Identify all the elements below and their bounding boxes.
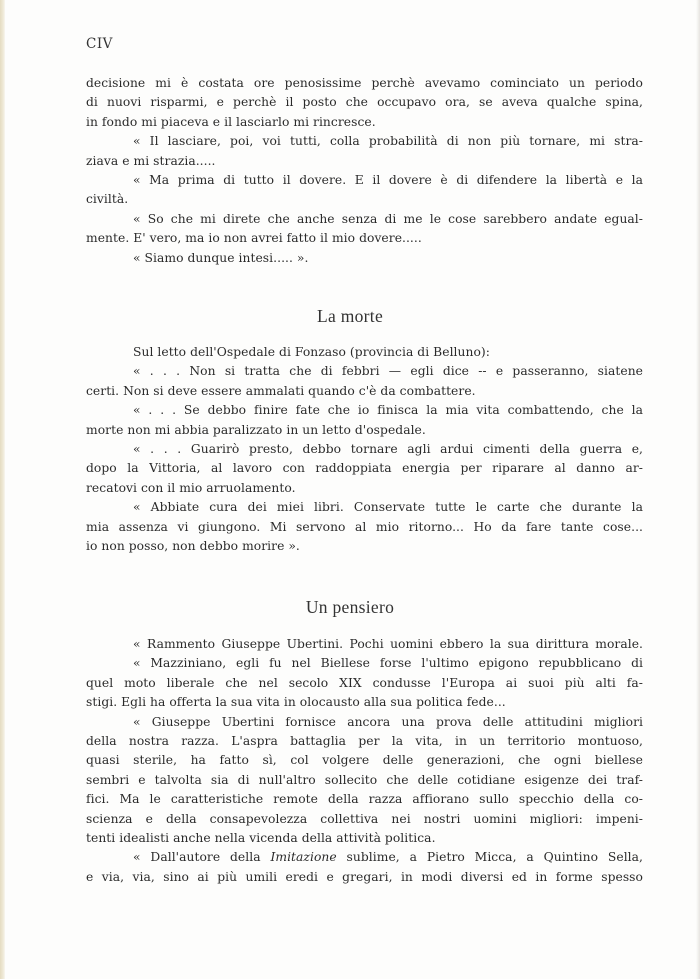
text-line: scienza e della consapevolezza collettiv…	[86, 810, 643, 829]
page-edge-left	[0, 0, 5, 979]
text-line: in fondo mi piaceva e il lasciarlo mi ri…	[86, 113, 643, 132]
text-span: « Dall'autore della	[133, 850, 270, 864]
letter-continuation: decisione mi è costata ore penosissime p…	[86, 74, 643, 268]
text-line: decisione mi è costata ore penosissime p…	[86, 74, 643, 93]
text-line: ziava e mi strazia.....	[86, 152, 643, 171]
text-line: quasi sterile, ha fatto sì, col volgere …	[86, 751, 643, 770]
text-line: « Rammento Giuseppe Ubertini. Pochi uomi…	[86, 635, 643, 654]
text-line: « . . . Guarirò presto, debbo tornare ag…	[86, 440, 643, 459]
text-line: della nostra razza. L'aspra battaglia pe…	[86, 732, 643, 751]
text-line: « . . . Se debbo finire fate che io fini…	[86, 401, 643, 420]
section-title-un-pensiero: Un pensiero	[0, 597, 700, 618]
text-line: mia assenza vi giungono. Mi servono al m…	[86, 518, 643, 537]
italic-title-imitazione: Imitazione	[270, 850, 336, 864]
text-line: « Mazziniano, egli fu nel Biellese forse…	[86, 654, 643, 673]
text-line: « Dall'autore della Imitazione sublime, …	[86, 848, 643, 867]
text-line: fici. Ma le caratteristiche remote della…	[86, 790, 643, 809]
page-number: CIV	[86, 36, 113, 52]
text-line: civiltà.	[86, 190, 643, 209]
text-line: « So che mi direte che anche senza di me…	[86, 210, 643, 229]
text-line: sembri e talvolta sia di null'altro soll…	[86, 771, 643, 790]
text-line: Sul letto dell'Ospedale di Fonzaso (prov…	[86, 343, 643, 362]
text-line: e via, via, sino ai più umili eredi e gr…	[86, 868, 643, 887]
text-line: dopo la Vittoria, al lavoro con raddoppi…	[86, 459, 643, 478]
text-line: certi. Non si deve essere ammalati quand…	[86, 382, 643, 401]
text-line: di nuovi risparmi, e perchè il posto che…	[86, 93, 643, 112]
text-line: morte non mi abbia paralizzato in un let…	[86, 421, 643, 440]
text-line: « Il lasciare, poi, voi tutti, colla pro…	[86, 132, 643, 151]
text-line: mente. E' vero, ma io non avrei fatto il…	[86, 229, 643, 248]
text-line: « Siamo dunque intesi..... ».	[86, 249, 643, 268]
text-line: tenti idealisti anche nella vicenda dell…	[86, 829, 643, 848]
text-line: quel moto liberale che nel secolo XIX co…	[86, 674, 643, 693]
text-span: sublime, a Pietro Micca, a Quintino Sell…	[337, 850, 643, 864]
text-line: « Abbiate cura dei miei libri. Conservat…	[86, 498, 643, 517]
section-la-morte-body: Sul letto dell'Ospedale di Fonzaso (prov…	[86, 343, 643, 556]
text-line: io non posso, non debbo morire ».	[86, 537, 643, 556]
text-line: « Ma prima di tutto il dovere. E il dove…	[86, 171, 643, 190]
text-line: stigi. Egli ha offerta la sua vita in ol…	[86, 693, 643, 712]
text-line: « . . . Non si tratta che di febbri — eg…	[86, 362, 643, 381]
section-un-pensiero-body: « Rammento Giuseppe Ubertini. Pochi uomi…	[86, 635, 643, 887]
page-edge-right	[696, 0, 700, 979]
text-line: recatovi con il mio arruolamento.	[86, 479, 643, 498]
text-line: « Giuseppe Ubertini fornisce ancora una …	[86, 713, 643, 732]
section-title-la-morte: La morte	[0, 306, 700, 327]
